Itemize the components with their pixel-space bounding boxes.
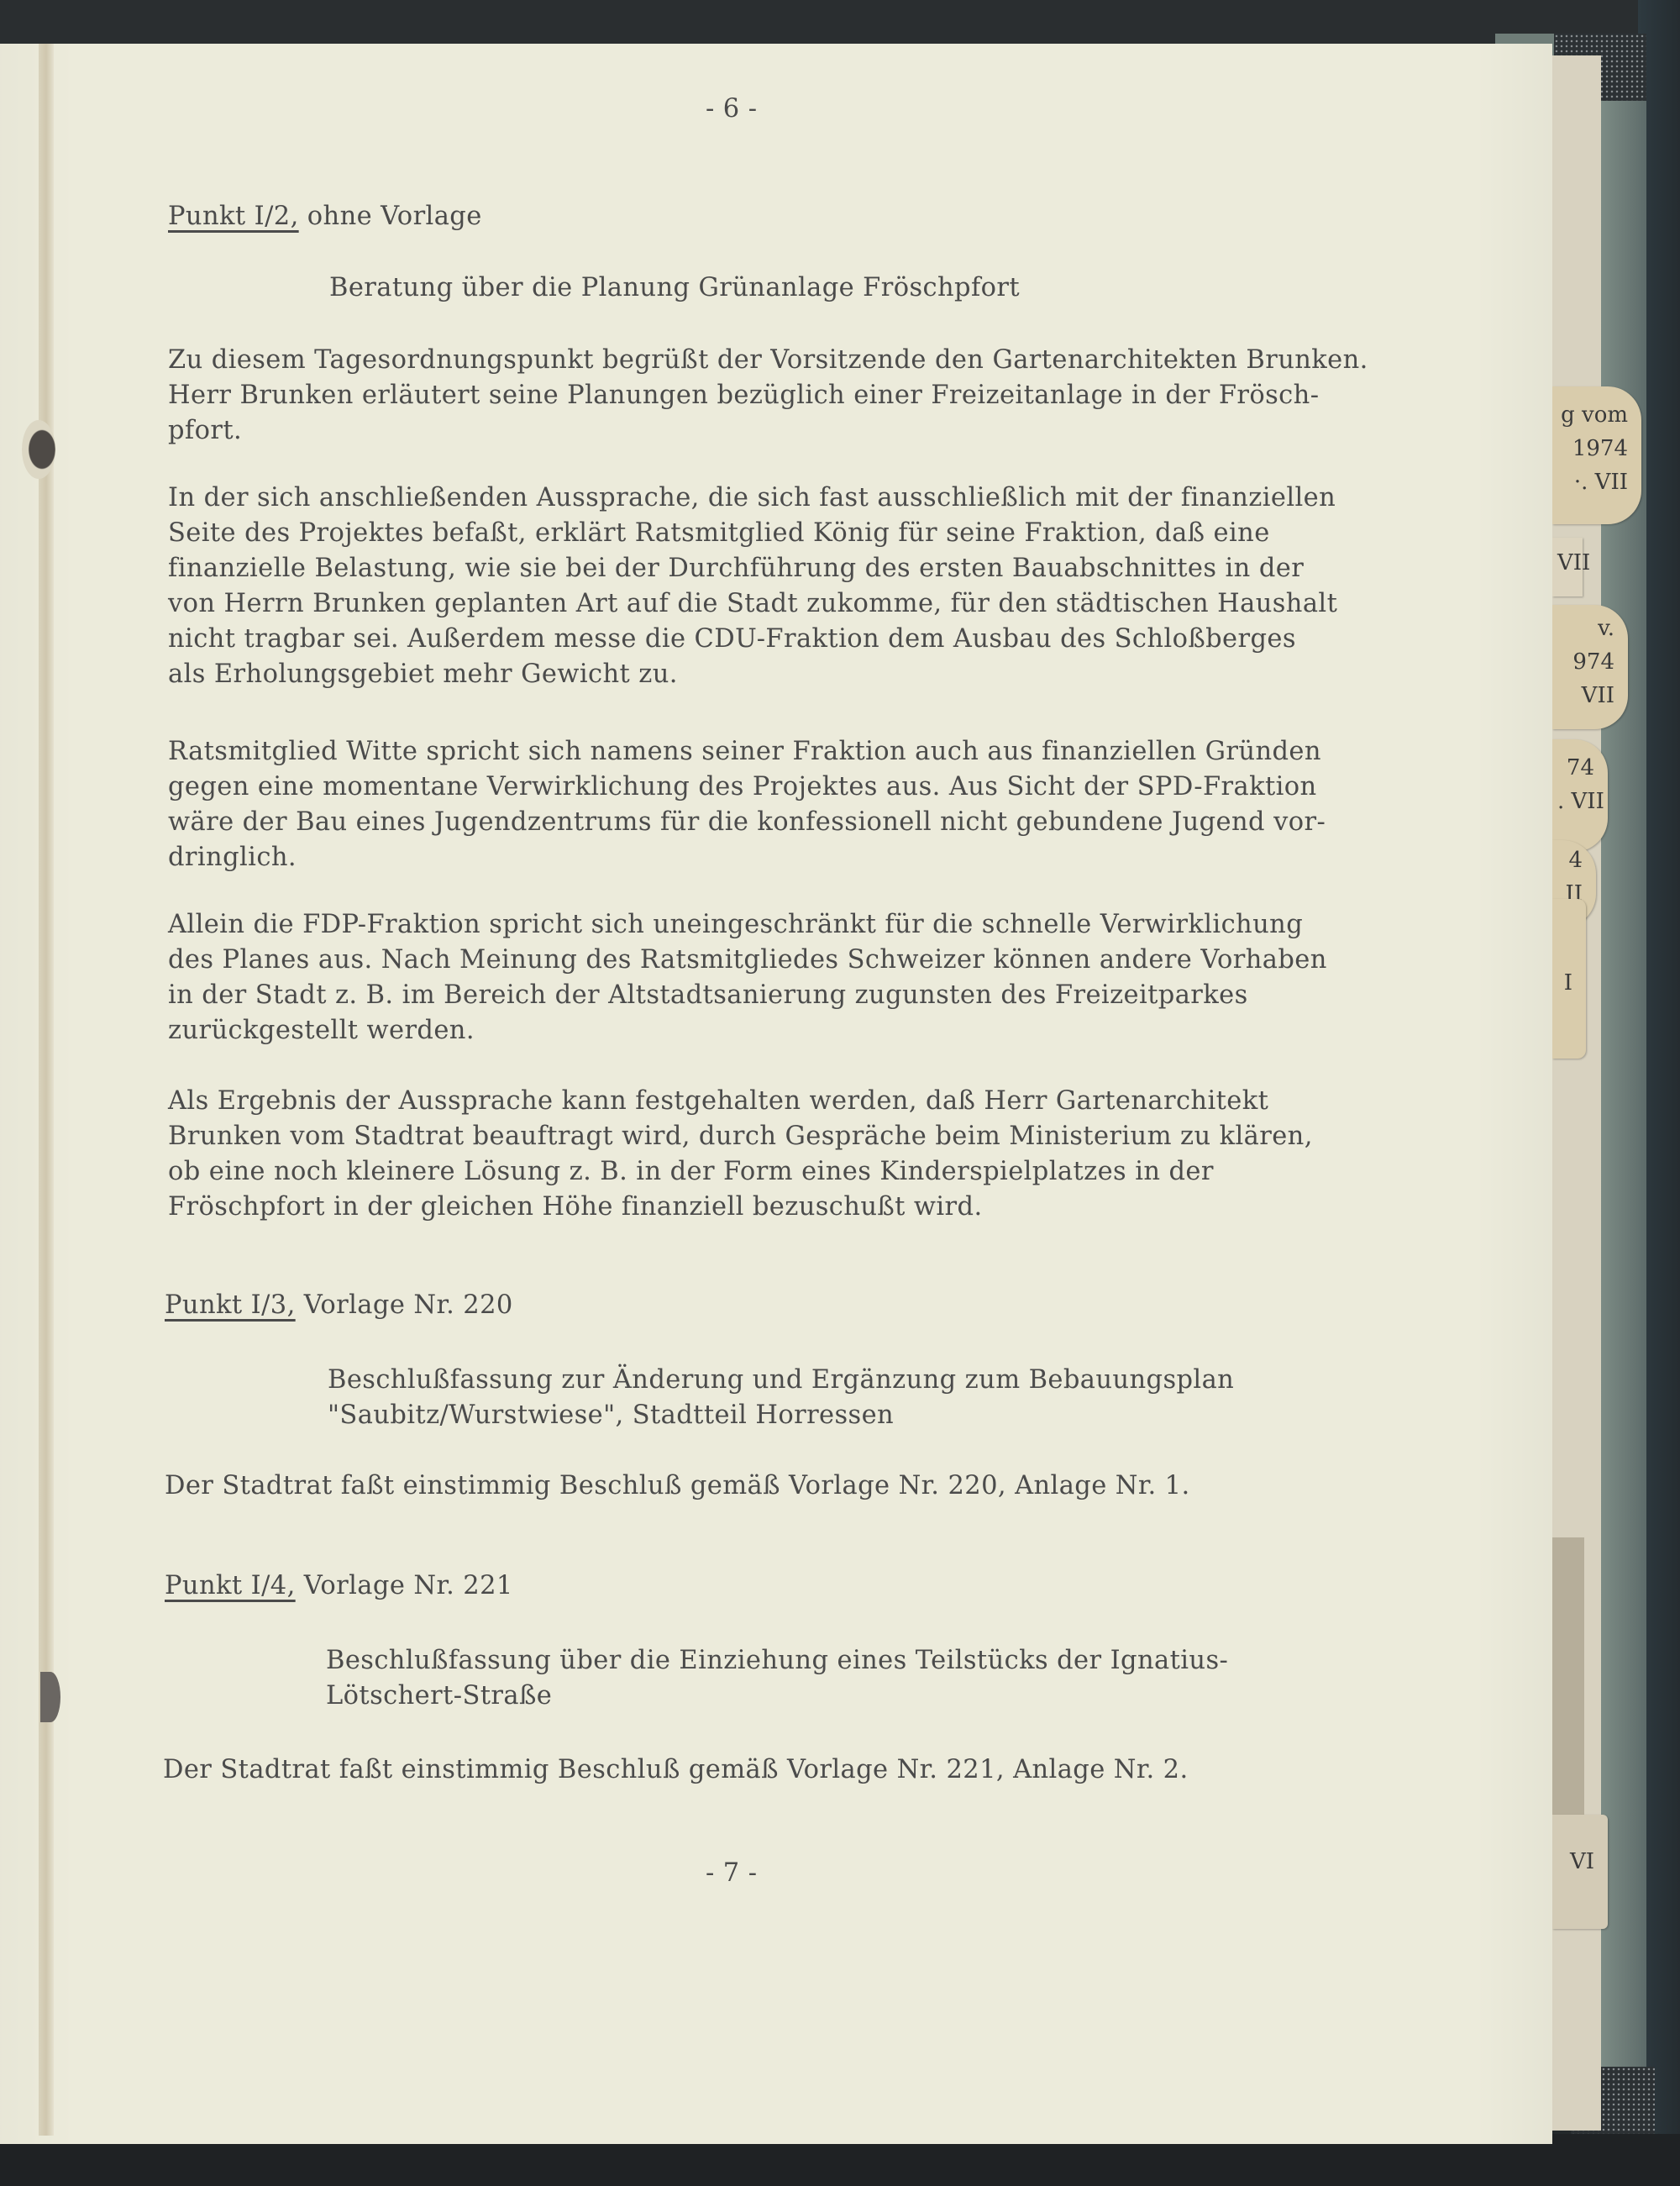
- resolution: Der Stadtrat faßt einstimmig Beschluß ge…: [165, 1469, 1475, 1504]
- binder-spine-edge: [1596, 34, 1646, 2117]
- index-tab[interactable]: VII: [1552, 538, 1583, 596]
- section-vorlage: Vorlage Nr. 221: [304, 1571, 513, 1600]
- paragraph: In der sich anschließenden Aussprache, d…: [168, 481, 1478, 692]
- index-tab[interactable]: v. 974 VII: [1552, 605, 1628, 729]
- tab-label: 4: [1557, 843, 1596, 877]
- tab-label: v.: [1557, 612, 1628, 645]
- section-subject: Beschlußfassung zur Änderung und Ergänzu…: [328, 1363, 1234, 1433]
- tab-label: ·. VII: [1557, 465, 1641, 499]
- section-heading: Punkt I/4, Vorlage Nr. 221: [165, 1571, 513, 1600]
- tab-label: VII: [1557, 679, 1628, 712]
- page-fold: [39, 44, 54, 2136]
- section-vorlage: ohne Vorlage: [307, 202, 482, 231]
- section-label: Punkt I/3,: [165, 1290, 296, 1320]
- paragraph: Ratsmitglied Witte spricht sich namens s…: [168, 734, 1478, 875]
- section-vorlage: Vorlage Nr. 220: [304, 1290, 513, 1320]
- tab-label: g vom: [1557, 398, 1641, 432]
- paragraph: Zu diesem Tagesordnungspunkt begrüßt der…: [168, 343, 1478, 449]
- section-heading: Punkt I/2, ohne Vorlage: [168, 202, 482, 231]
- section-subject: Beratung über die Planung Grünanlage Frö…: [329, 271, 1020, 306]
- index-tab[interactable]: 74 . VII: [1552, 739, 1608, 852]
- section-heading: Punkt I/3, Vorlage Nr. 220: [165, 1290, 513, 1320]
- punch-hole: [22, 420, 55, 479]
- section-label: Punkt I/2,: [168, 202, 299, 231]
- punch-hole: [40, 1672, 60, 1722]
- paragraph: Als Ergebnis der Aussprache kann festgeh…: [168, 1084, 1478, 1225]
- section-label: Punkt I/4,: [165, 1571, 296, 1600]
- section-subject: Beschlußfassung über die Einziehung eine…: [326, 1643, 1228, 1714]
- paragraph: Allein die FDP-Fraktion spricht sich une…: [168, 907, 1478, 1048]
- resolution: Der Stadtrat faßt einstimmig Beschluß ge…: [163, 1752, 1473, 1788]
- index-tab[interactable]: I: [1552, 899, 1586, 1059]
- next-page-marker: - 7 -: [706, 1858, 798, 1888]
- tab-label: 74: [1557, 751, 1608, 785]
- index-tab[interactable]: g vom 1974 ·. VII: [1552, 386, 1641, 524]
- tab-label: . VII: [1557, 785, 1608, 818]
- tab-label: 974: [1557, 645, 1628, 679]
- tab-label: 1974: [1557, 432, 1641, 465]
- tab-label: VI: [1557, 1845, 1608, 1879]
- binder-cover-top: [0, 0, 1680, 49]
- index-tab[interactable]: VI: [1552, 1815, 1608, 1929]
- page-number: - 6 -: [706, 94, 798, 123]
- tab-label: I: [1557, 966, 1586, 1000]
- tab-label: VII: [1557, 546, 1583, 580]
